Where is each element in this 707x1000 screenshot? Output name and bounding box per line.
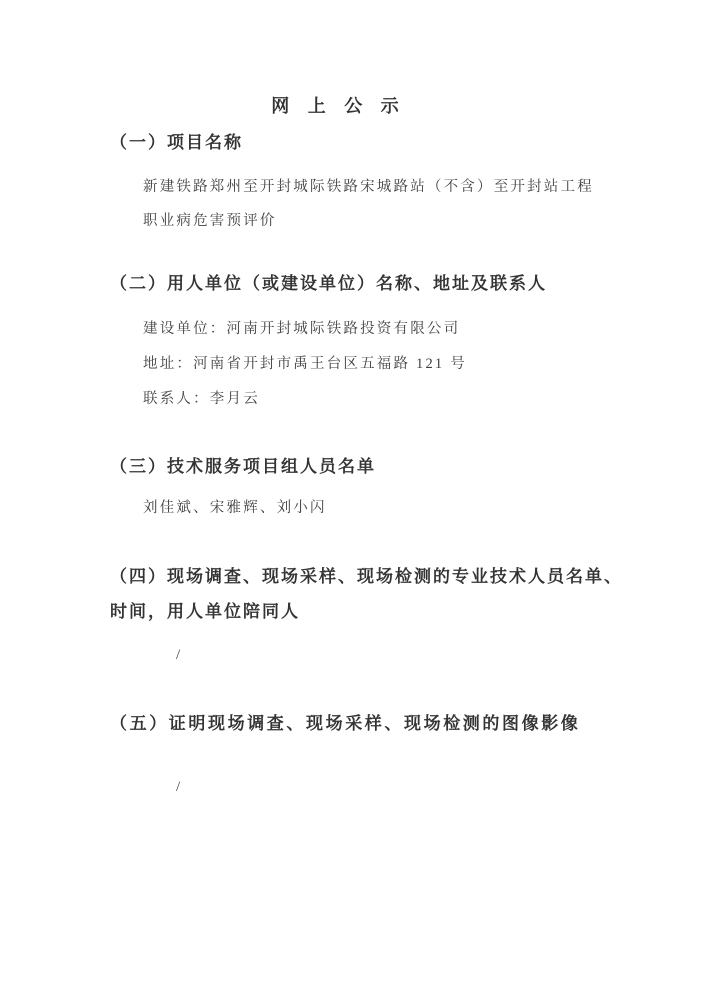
section-1-body-line-2: 职业病危害预评价 [143, 210, 277, 232]
section-2-body-line-3: 联系人：李月云 [143, 388, 260, 410]
section-1-body-line-1: 新建铁路郑州至开封城际铁路宋城路站（不含）至开封站工程 [143, 176, 594, 198]
section-3-body-line-1: 刘佳斌、宋雅辉、刘小闪 [143, 497, 327, 519]
section-1-heading: （一）项目名称 [110, 131, 243, 154]
section-2-heading: （二）用人单位（或建设单位）名称、地址及联系人 [110, 272, 547, 295]
section-4-heading-line-2: 时间，用人单位陪同人 [110, 600, 300, 623]
section-3-heading: （三）技术服务项目组人员名单 [110, 455, 376, 478]
section-5-heading: （五）证明现场调查、现场采样、现场检测的图像影像 [110, 712, 580, 735]
section-2-body-line-1: 建设单位：河南开封城际铁路投资有限公司 [143, 318, 460, 340]
section-4-heading-line-1: （四）现场调查、现场采样、现场检测的专业技术人员名单、 [110, 565, 623, 588]
document-title: 网 上 公 示 [0, 92, 692, 118]
section-4-placeholder-slash: / [176, 644, 180, 666]
section-2-body-line-2: 地址：河南省开封市禹王台区五福路 121 号 [143, 353, 467, 375]
section-5-placeholder-slash: / [176, 776, 180, 798]
document-page: 网 上 公 示 （一）项目名称 新建铁路郑州至开封城际铁路宋城路站（不含）至开封… [0, 0, 707, 1000]
